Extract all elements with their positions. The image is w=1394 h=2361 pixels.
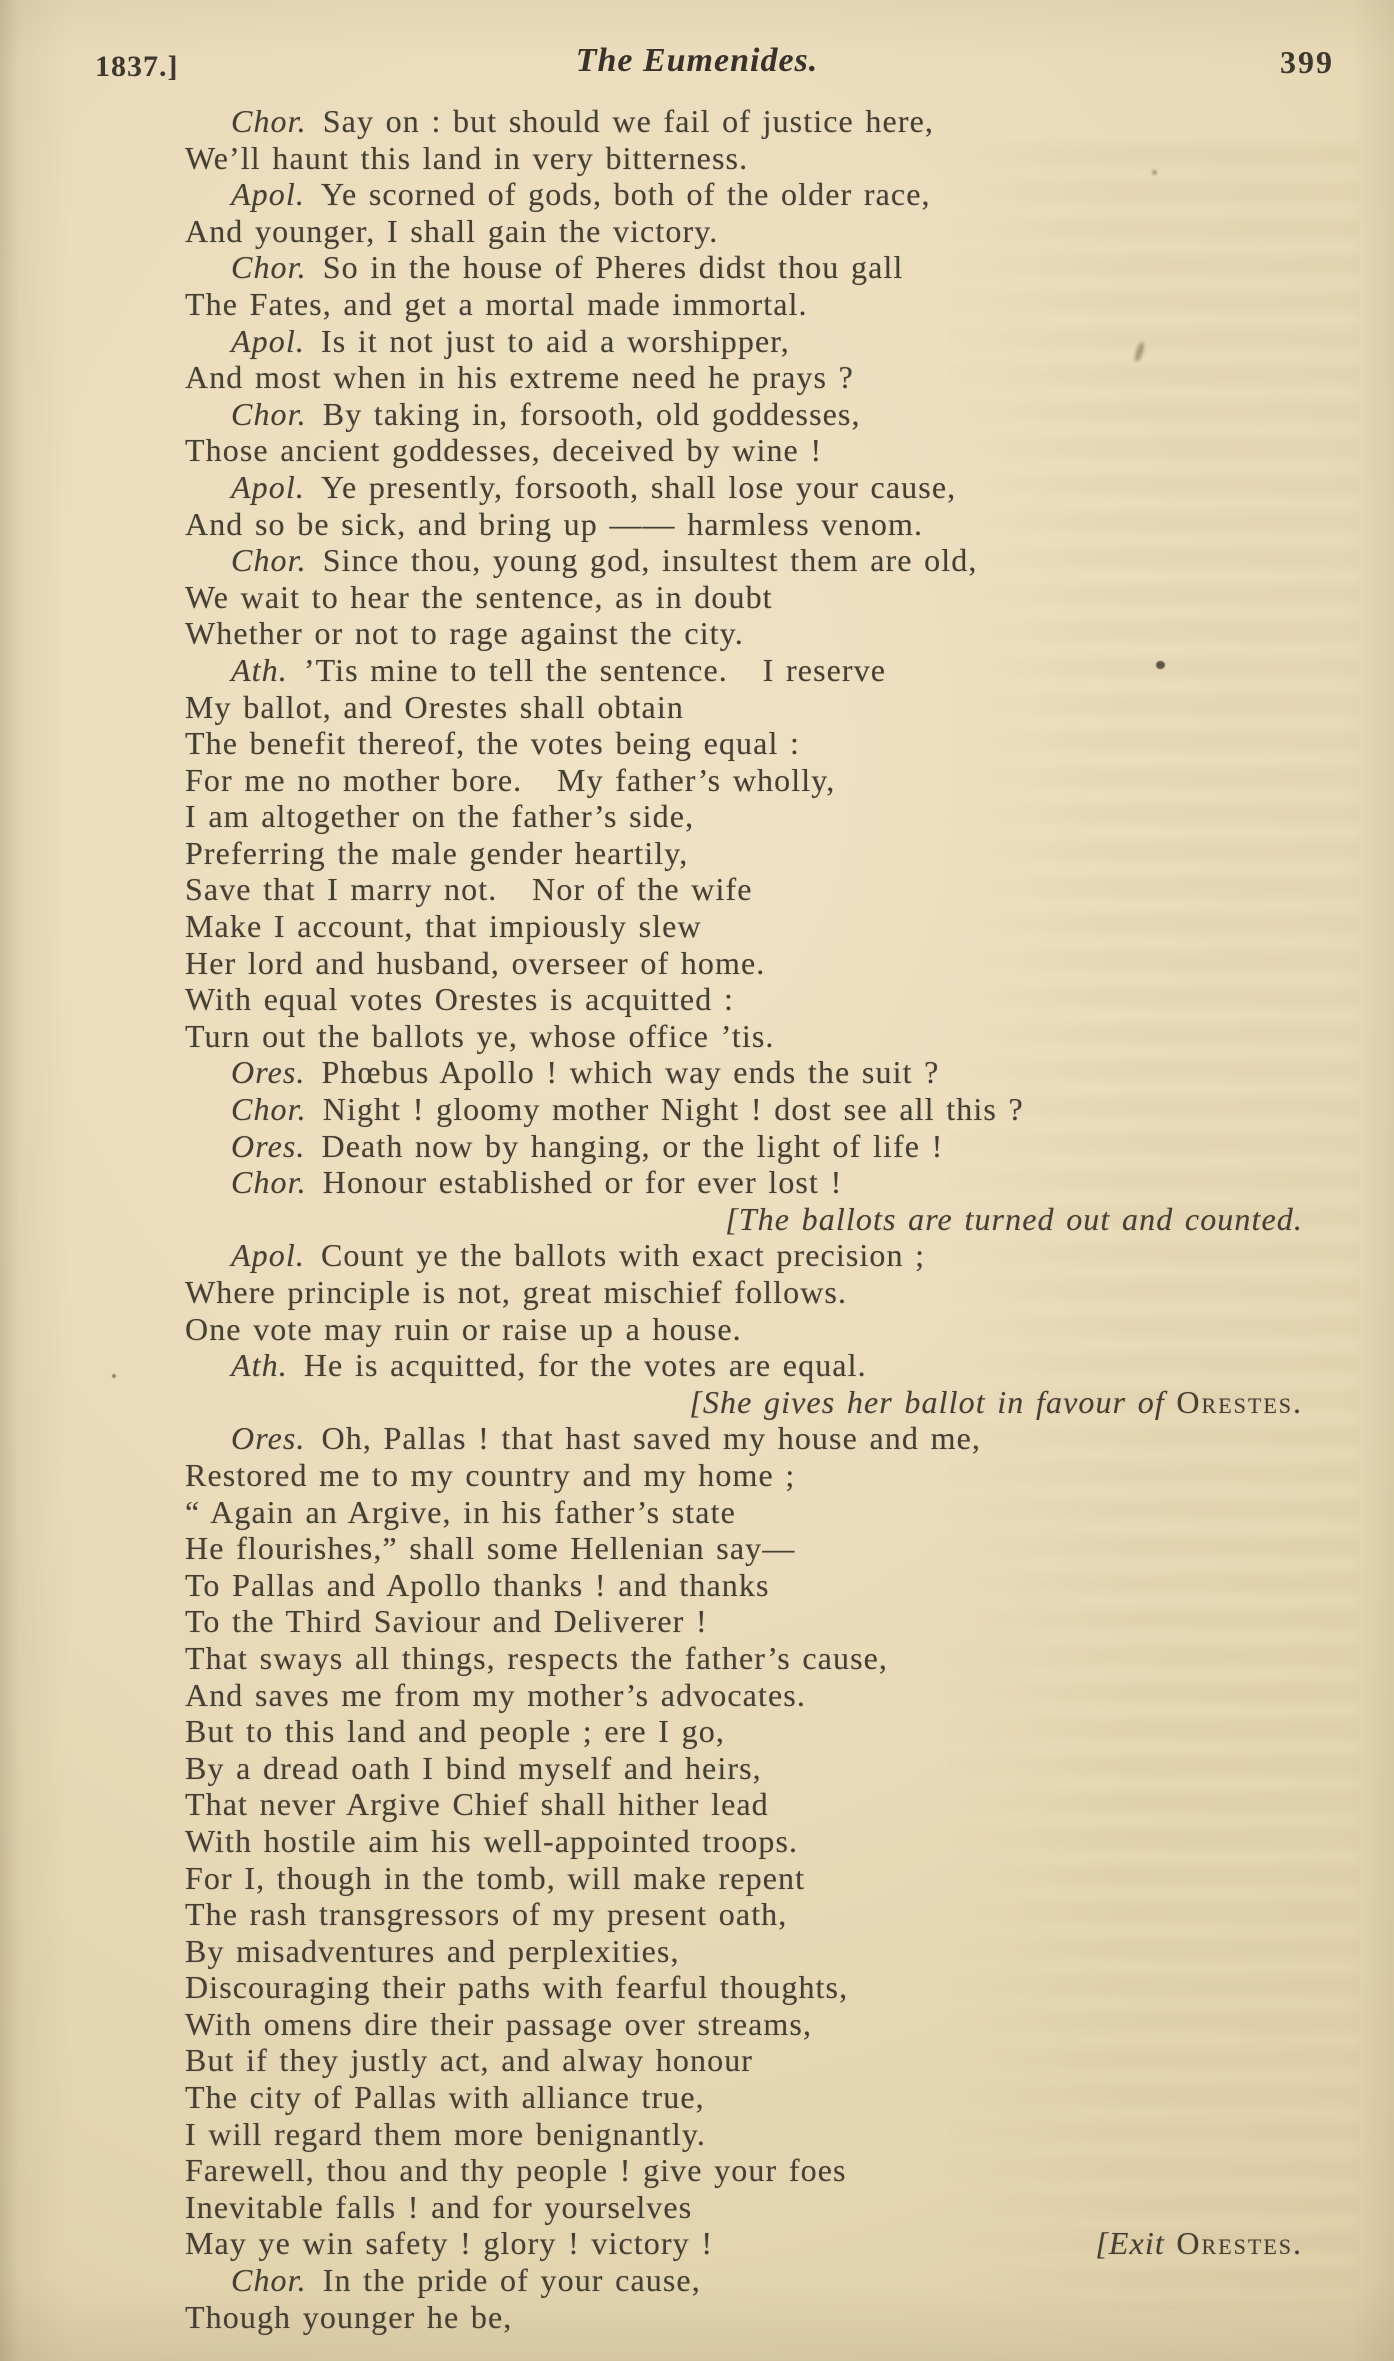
verse-line: Apol.Is it not just to aid a worshipper, [185,323,1303,360]
verse-text: With equal votes Orestes is acquitted : [185,981,734,1017]
speaker-label: Chor. [231,249,307,285]
speaker-label: Ores. [231,1054,306,1090]
verse-text: We’ll haunt this land in very bitterness… [185,140,748,176]
verse-text: In the pride of your cause, [323,2262,701,2298]
verse-line: Though younger he be, [185,2299,1303,2336]
verse-text: One vote may ruin or raise up a house. [185,1311,742,1347]
verse-text: For I, though in the tomb, will make rep… [185,1860,805,1896]
verse-line: We’ll haunt this land in very bitterness… [185,140,1303,177]
verse-line: Save that I marry not. Nor of the wife [185,871,1303,908]
verse-line: Ores.Phœbus Apollo ! which way ends the … [185,1054,1303,1091]
stage-direction: [She gives her ballot in favour of Orest… [689,1384,1303,1420]
verse-line: He flourishes,” shall some Hellenian say… [185,1530,1303,1567]
verse-line: That never Argive Chief shall hither lea… [185,1786,1303,1823]
verse-text: Discouraging their paths with fearful th… [185,1969,848,2005]
verse-text: And saves me from my mother’s advocates. [185,1677,806,1713]
stage-direction-line: [She gives her ballot in favour of Orest… [185,1384,1303,1421]
speaker-label: Chor. [231,103,307,139]
ink-speck [112,1374,116,1378]
verse-line: The city of Pallas with alliance true, [185,2079,1303,2116]
verse-line: The rash transgressors of my present oat… [185,1896,1303,1933]
verse-text: Those ancient goddesses, deceived by win… [185,432,822,468]
verse-text: Where principle is not, great mischief f… [185,1274,847,1310]
verse-line: And most when in his extreme need he pra… [185,359,1303,396]
verse-text: But if they justly act, and alway honour [185,2042,753,2078]
verse-line: The benefit thereof, the votes being equ… [185,725,1303,762]
verse-line: One vote may ruin or raise up a house. [185,1311,1303,1348]
verse-text: Phœbus Apollo ! which way ends the suit … [322,1054,940,1090]
verse-text: To Pallas and Apollo thanks ! and thanks [185,1567,770,1603]
verse-text: With omens dire their passage over strea… [185,2006,812,2042]
verse-line: Chor.By taking in, forsooth, old goddess… [185,396,1303,433]
verse-line: The Fates, and get a mortal made immorta… [185,286,1303,323]
verse-text: He flourishes,” shall some Hellenian say… [185,1530,795,1566]
verse-line: Whether or not to rage against the city. [185,615,1303,652]
verse-line: And so be sick, and bring up —— harmless… [185,506,1303,543]
speaker-label: Chor. [231,542,307,578]
verse-text: That sways all things, respects the fath… [185,1640,888,1676]
verse-text: He is acquitted, for the votes are equal… [304,1347,867,1383]
verse-line: Apol.Count ye the ballots with exact pre… [185,1237,1303,1274]
stage-direction: [Exit Orestes. [1095,2225,1303,2262]
verse-text: Restored me to my country and my home ; [185,1457,795,1493]
verse-text: I am altogether on the father’s side, [185,798,694,834]
speaker-label: Apol. [231,469,305,505]
verse-line: May ye win safety ! glory ! victory ![Ex… [185,2225,1303,2262]
speaker-label: Chor. [231,396,307,432]
verse-line: We wait to hear the sentence, as in doub… [185,579,1303,616]
verse-line: To Pallas and Apollo thanks ! and thanks [185,1567,1303,1604]
verse-text: And so be sick, and bring up —— harmless… [185,506,923,542]
verse-text: May ye win safety ! glory ! victory ! [185,2225,713,2262]
speaker-label: Chor. [231,1091,307,1127]
verse-text: Turn out the ballots ye, whose office ’t… [185,1018,775,1054]
verse-text: Though younger he be, [185,2299,512,2335]
verse-text: By a dread oath I bind myself and heirs, [185,1750,762,1786]
verse-line: Those ancient goddesses, deceived by win… [185,432,1303,469]
verse-text: Ye scorned of gods, both of the older ra… [321,176,931,212]
verse-text: Make I account, that impiously slew [185,908,702,944]
verse-line: For me no mother bore. My father’s wholl… [185,762,1303,799]
speaker-label: Apol. [231,176,305,212]
verse-text: But to this land and people ; ere I go, [185,1713,725,1749]
text-block: Chor.Say on : but should we fail of just… [185,103,1303,2335]
verse-line: Farewell, thou and thy people ! give you… [185,2152,1303,2189]
verse-text: I will regard them more benignantly. [185,2116,706,2152]
verse-text: Oh, Pallas ! that hast saved my house an… [322,1420,981,1456]
verse-text: That never Argive Chief shall hither lea… [185,1786,769,1822]
verse-line: To the Third Saviour and Deliverer ! [185,1603,1303,1640]
verse-text: And younger, I shall gain the victory. [185,213,718,249]
verse-line: I will regard them more benignantly. [185,2116,1303,2153]
verse-text: Whether or not to rage against the city. [185,615,744,651]
speaker-label: Chor. [231,2262,307,2298]
verse-text: Is it not just to aid a worshipper, [321,323,790,359]
verse-text: ’Tis mine to tell the sentence. I reserv… [304,652,886,688]
verse-line: Apol.Ye presently, forsooth, shall lose … [185,469,1303,506]
verse-line: And saves me from my mother’s advocates. [185,1677,1303,1714]
verse-line: Chor.Night ! gloomy mother Night ! dost … [185,1091,1303,1128]
speaker-label: Apol. [231,1237,305,1273]
verse-line: Where principle is not, great mischief f… [185,1274,1303,1311]
verse-line: Turn out the ballots ye, whose office ’t… [185,1018,1303,1055]
speaker-label: Ath. [231,652,288,688]
verse-text: And most when in his extreme need he pra… [185,359,854,395]
verse-text: The benefit thereof, the votes being equ… [185,725,800,761]
verse-line: By misadventures and perplexities, [185,1933,1303,1970]
verse-line: Apol.Ye scorned of gods, both of the old… [185,176,1303,213]
verse-text: Death now by hanging, or the light of li… [322,1128,944,1164]
book-page: 1837.] The Eumenides. 399 Chor.Say on : … [0,0,1394,2361]
verse-line: But to this land and people ; ere I go, [185,1713,1303,1750]
verse-text: For me no mother bore. My father’s wholl… [185,762,835,798]
verse-line: Preferring the male gender heartily, [185,835,1303,872]
speaker-label: Ath. [231,1347,288,1383]
running-title: The Eumenides. [0,42,1394,80]
verse-line: Chor.Since thou, young god, insultest th… [185,542,1303,579]
character-name-smallcaps: Orestes. [1176,2225,1303,2261]
verse-text: Inevitable falls ! and for yourselves [185,2189,692,2225]
verse-line: Chor.Honour established or for ever lost… [185,1164,1303,1201]
verse-text: To the Third Saviour and Deliverer ! [185,1603,708,1639]
verse-line: But if they justly act, and alway honour [185,2042,1303,2079]
verse-text: Farewell, thou and thy people ! give you… [185,2152,847,2188]
verse-text: “ Again an Argive, in his father’s state [185,1494,736,1530]
page-number: 399 [1280,44,1334,81]
verse-line: With hostile aim his well-appointed troo… [185,1823,1303,1860]
verse-text: Preferring the male gender heartily, [185,835,688,871]
verse-text: Her lord and husband, overseer of home. [185,945,765,981]
verse-text: With hostile aim his well-appointed troo… [185,1823,798,1859]
verse-line: Ores.Oh, Pallas ! that hast saved my hou… [185,1420,1303,1457]
verse-line: Her lord and husband, overseer of home. [185,945,1303,982]
verse-text: By misadventures and perplexities, [185,1933,680,1969]
verse-text: Since thou, young god, insultest them ar… [323,542,978,578]
stage-direction-line: [The ballots are turned out and counted. [185,1201,1303,1238]
verse-line: Ath.He is acquitted, for the votes are e… [185,1347,1303,1384]
verse-line: Ores.Death now by hanging, or the light … [185,1128,1303,1165]
verse-line: My ballot, and Orestes shall obtain [185,689,1303,726]
verse-line: With equal votes Orestes is acquitted : [185,981,1303,1018]
verse-line: Chor.So in the house of Pheres didst tho… [185,249,1303,286]
verse-line: Make I account, that impiously slew [185,908,1303,945]
verse-line: Discouraging their paths with fearful th… [185,1969,1303,2006]
verse-line: And younger, I shall gain the victory. [185,213,1303,250]
speaker-label: Ores. [231,1128,306,1164]
verse-text: My ballot, and Orestes shall obtain [185,689,684,725]
verse-text: So in the house of Pheres didst thou gal… [323,249,904,285]
verse-text: The city of Pallas with alliance true, [185,2079,705,2115]
verse-text: Save that I marry not. Nor of the wife [185,871,753,907]
verse-text: The rash transgressors of my present oat… [185,1896,787,1932]
verse-text: Ye presently, forsooth, shall lose your … [321,469,956,505]
speaker-label: Chor. [231,1164,307,1200]
verse-text: Night ! gloomy mother Night ! dost see a… [323,1091,1024,1127]
verse-line: For I, though in the tomb, will make rep… [185,1860,1303,1897]
verse-text: The Fates, and get a mortal made immorta… [185,286,808,322]
speaker-label: Apol. [231,323,305,359]
verse-line: Inevitable falls ! and for yourselves [185,2189,1303,2226]
stage-direction: [The ballots are turned out and counted. [725,1201,1303,1237]
verse-line: Chor.In the pride of your cause, [185,2262,1303,2299]
verse-line: By a dread oath I bind myself and heirs, [185,1750,1303,1787]
verse-line: Ath.’Tis mine to tell the sentence. I re… [185,652,1303,689]
character-name-smallcaps: Orestes. [1176,1384,1303,1420]
verse-text: Honour established or for ever lost ! [323,1164,843,1200]
verse-text: Count ye the ballots with exact precisio… [321,1237,925,1273]
verse-line: Restored me to my country and my home ; [185,1457,1303,1494]
verse-line: “ Again an Argive, in his father’s state [185,1494,1303,1531]
verse-line: I am altogether on the father’s side, [185,798,1303,835]
verse-line: That sways all things, respects the fath… [185,1640,1303,1677]
verse-line: With omens dire their passage over strea… [185,2006,1303,2043]
speaker-label: Ores. [231,1420,306,1456]
verse-line: Chor.Say on : but should we fail of just… [185,103,1303,140]
verse-text: By taking in, forsooth, old goddesses, [323,396,861,432]
verse-text: We wait to hear the sentence, as in doub… [185,579,773,615]
verse-text: Say on : but should we fail of justice h… [323,103,934,139]
